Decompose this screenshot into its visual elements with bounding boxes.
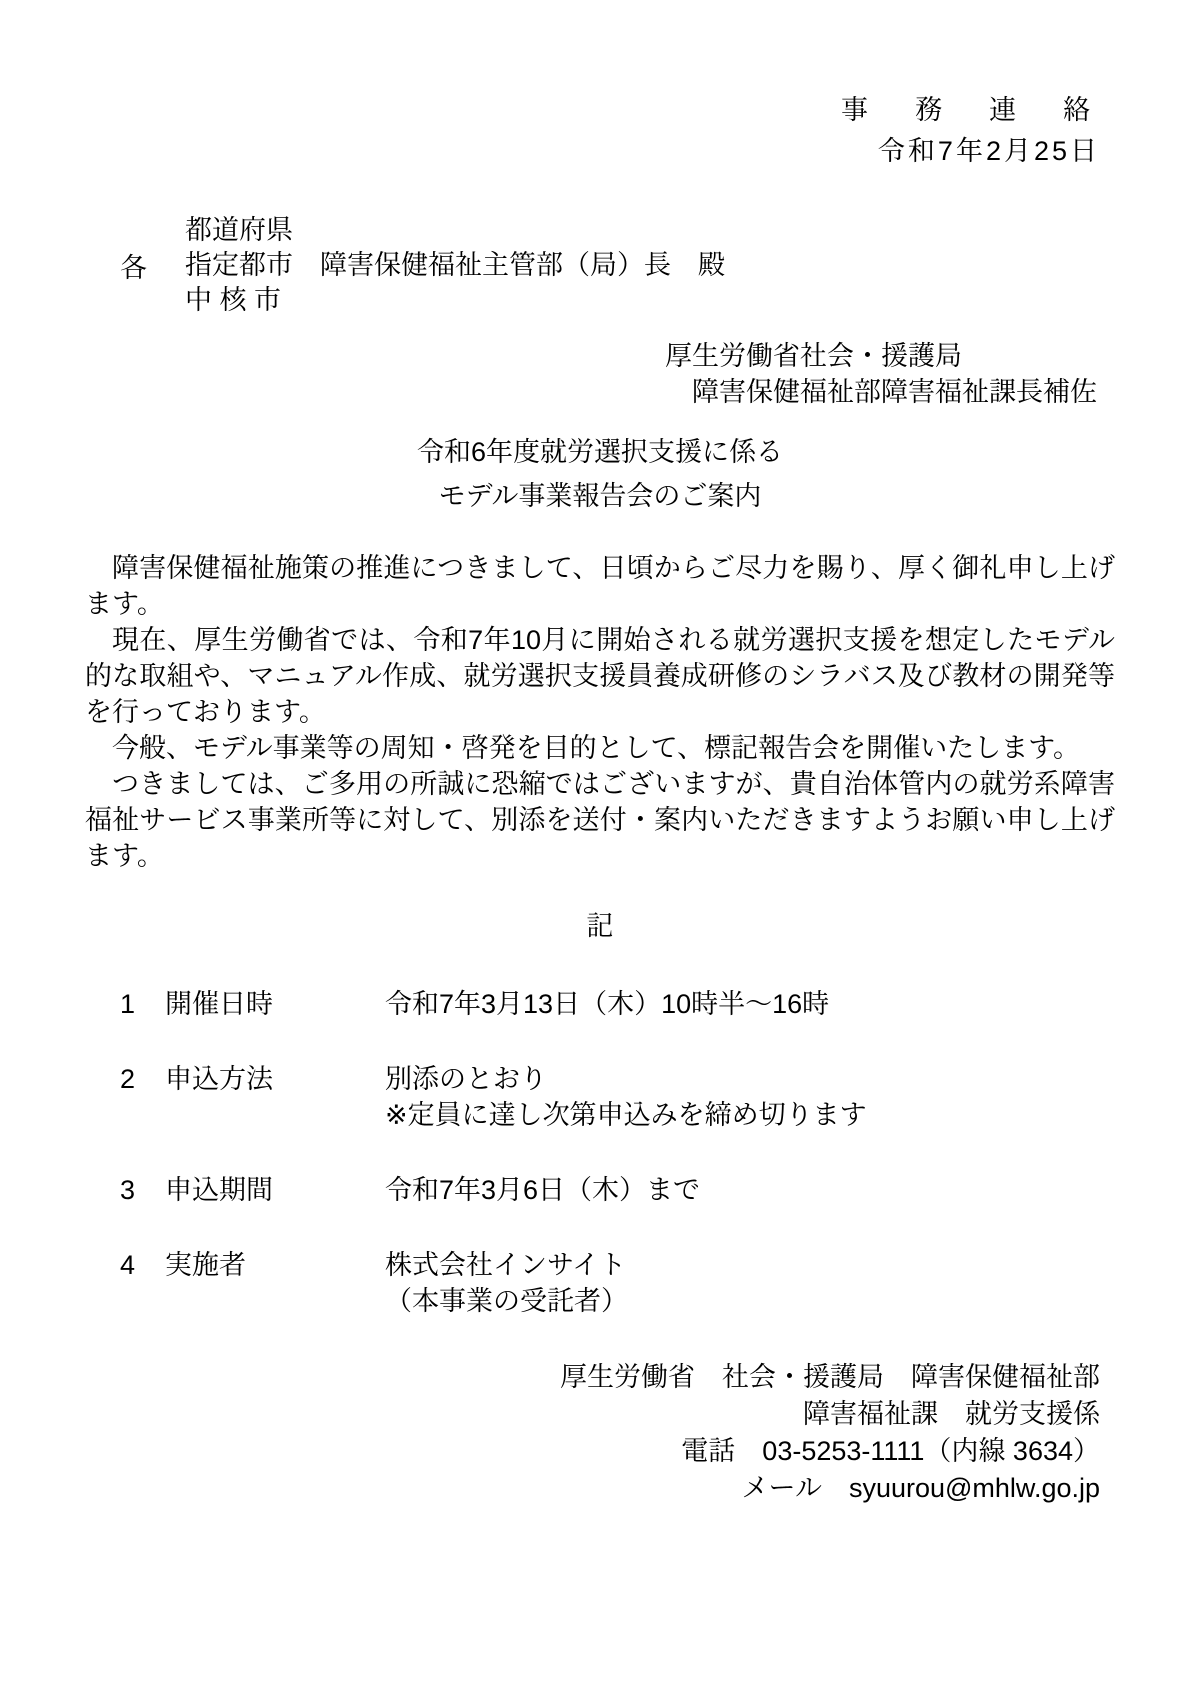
- item-value-line: 株式会社インサイト: [385, 1247, 1115, 1283]
- contact-department: 厚生労働省 社会・援護局 障害保健福祉部: [85, 1359, 1100, 1396]
- item-value-line: 令和7年3月6日（木）まで: [385, 1172, 1115, 1208]
- item-label-application-method: 申込方法: [165, 1061, 385, 1133]
- body-paragraph-greeting: 障害保健福祉施策の推進につきまして、日頃からご尽力を賜り、厚く御礼申し上げます。: [85, 550, 1115, 622]
- addressee-core-cities: 中 核 市: [185, 285, 281, 315]
- item-label-application-period: 申込期間: [165, 1172, 385, 1208]
- sender-division: 障害保健福祉部障害福祉課長補佐: [665, 374, 1115, 410]
- item-number: 4: [120, 1247, 165, 1319]
- sender-block: 厚生労働省社会・援護局 障害保健福祉部障害福祉課長補佐: [665, 338, 1115, 410]
- contact-block: 厚生労働省 社会・援護局 障害保健福祉部 障害福祉課 就労支援係 電話 03-5…: [85, 1359, 1115, 1507]
- ki-marker: 記: [85, 908, 1115, 944]
- document-page: 事 務 連 絡 令和7年2月25日 各 都道府県 指定都市障害保健福祉主管部（局…: [0, 0, 1200, 1697]
- item-value-date: 令和7年3月13日（木）10時半～16時: [385, 986, 1115, 1022]
- doc-header: 事 務 連 絡 令和7年2月25日: [85, 92, 1115, 169]
- body-text: 障害保健福祉施策の推進につきまして、日頃からご尽力を賜り、厚く御礼申し上げます。…: [85, 550, 1115, 874]
- addressee-prefectures: 都道府県: [185, 215, 293, 245]
- item-value-note: ※定員に達し次第申込みを締め切ります: [385, 1097, 1115, 1133]
- sender-bureau: 厚生労働省社会・援護局: [665, 338, 1115, 374]
- addressee-line-core-cities: 中 核 市: [185, 283, 725, 318]
- item-value-application-method: 別添のとおり ※定員に達し次第申込みを締め切ります: [385, 1061, 1115, 1133]
- item-number: 3: [120, 1172, 165, 1208]
- item-value-note: （本事業の受託者）: [385, 1283, 1115, 1319]
- document-title: 令和6年度就労選択支援に係る モデル事業報告会のご案内: [85, 430, 1115, 518]
- list-item-application-method: 2 申込方法 別添のとおり ※定員に達し次第申込みを締め切ります: [85, 1061, 1115, 1133]
- doc-type-label: 事 務 連 絡: [85, 92, 1100, 128]
- contact-section: 障害福祉課 就労支援係: [85, 1396, 1100, 1433]
- item-label-date: 開催日時: [165, 986, 385, 1022]
- addressee-prefix: 各: [120, 246, 147, 285]
- body-paragraph-background: 現在、厚生労働省では、令和7年10月に開始される就労選択支援を想定したモデル的な…: [85, 622, 1115, 730]
- contact-phone: 電話 03-5253-1111（内線 3634）: [85, 1433, 1100, 1470]
- addressee-block: 各 都道府県 指定都市障害保健福祉主管部（局）長 殿 中 核 市: [85, 213, 1115, 318]
- item-value-line: 令和7年3月13日（木）10時半～16時: [385, 986, 1115, 1022]
- addressee-line-designated-cities: 指定都市障害保健福祉主管部（局）長 殿: [185, 248, 725, 283]
- addressee-lines: 都道府県 指定都市障害保健福祉主管部（局）長 殿 中 核 市: [185, 213, 725, 318]
- addressee-designated-cities: 指定都市: [185, 250, 293, 280]
- contact-email: メール syuurou@mhlw.go.jp: [85, 1470, 1100, 1507]
- item-value-implementer: 株式会社インサイト （本事業の受託者）: [385, 1247, 1115, 1319]
- body-paragraph-request: つきましては、ご多用の所誠に恐縮ではございますが、貴自治体管内の就労系障害福祉サ…: [85, 766, 1115, 874]
- item-number: 1: [120, 986, 165, 1022]
- addressee-line-prefectures: 都道府県: [185, 213, 725, 248]
- addressee-recipient: 障害保健福祉主管部（局）長 殿: [320, 250, 725, 280]
- body-paragraph-purpose: 今般、モデル事業等の周知・啓発を目的として、標記報告会を開催いたします。: [85, 730, 1115, 766]
- item-value-line: 別添のとおり: [385, 1061, 1115, 1097]
- document-title-line1: 令和6年度就労選択支援に係る: [85, 430, 1115, 474]
- list-item-implementer: 4 実施者 株式会社インサイト （本事業の受託者）: [85, 1247, 1115, 1319]
- item-label-implementer: 実施者: [165, 1247, 385, 1319]
- item-value-application-period: 令和7年3月6日（木）まで: [385, 1172, 1115, 1208]
- details-list: 1 開催日時 令和7年3月13日（木）10時半～16時 2 申込方法 別添のとお…: [85, 986, 1115, 1319]
- doc-date: 令和7年2月25日: [85, 133, 1100, 169]
- list-item-date: 1 開催日時 令和7年3月13日（木）10時半～16時: [85, 986, 1115, 1022]
- item-number: 2: [120, 1061, 165, 1133]
- document-title-line2: モデル事業報告会のご案内: [85, 474, 1115, 518]
- list-item-application-period: 3 申込期間 令和7年3月6日（木）まで: [85, 1172, 1115, 1208]
